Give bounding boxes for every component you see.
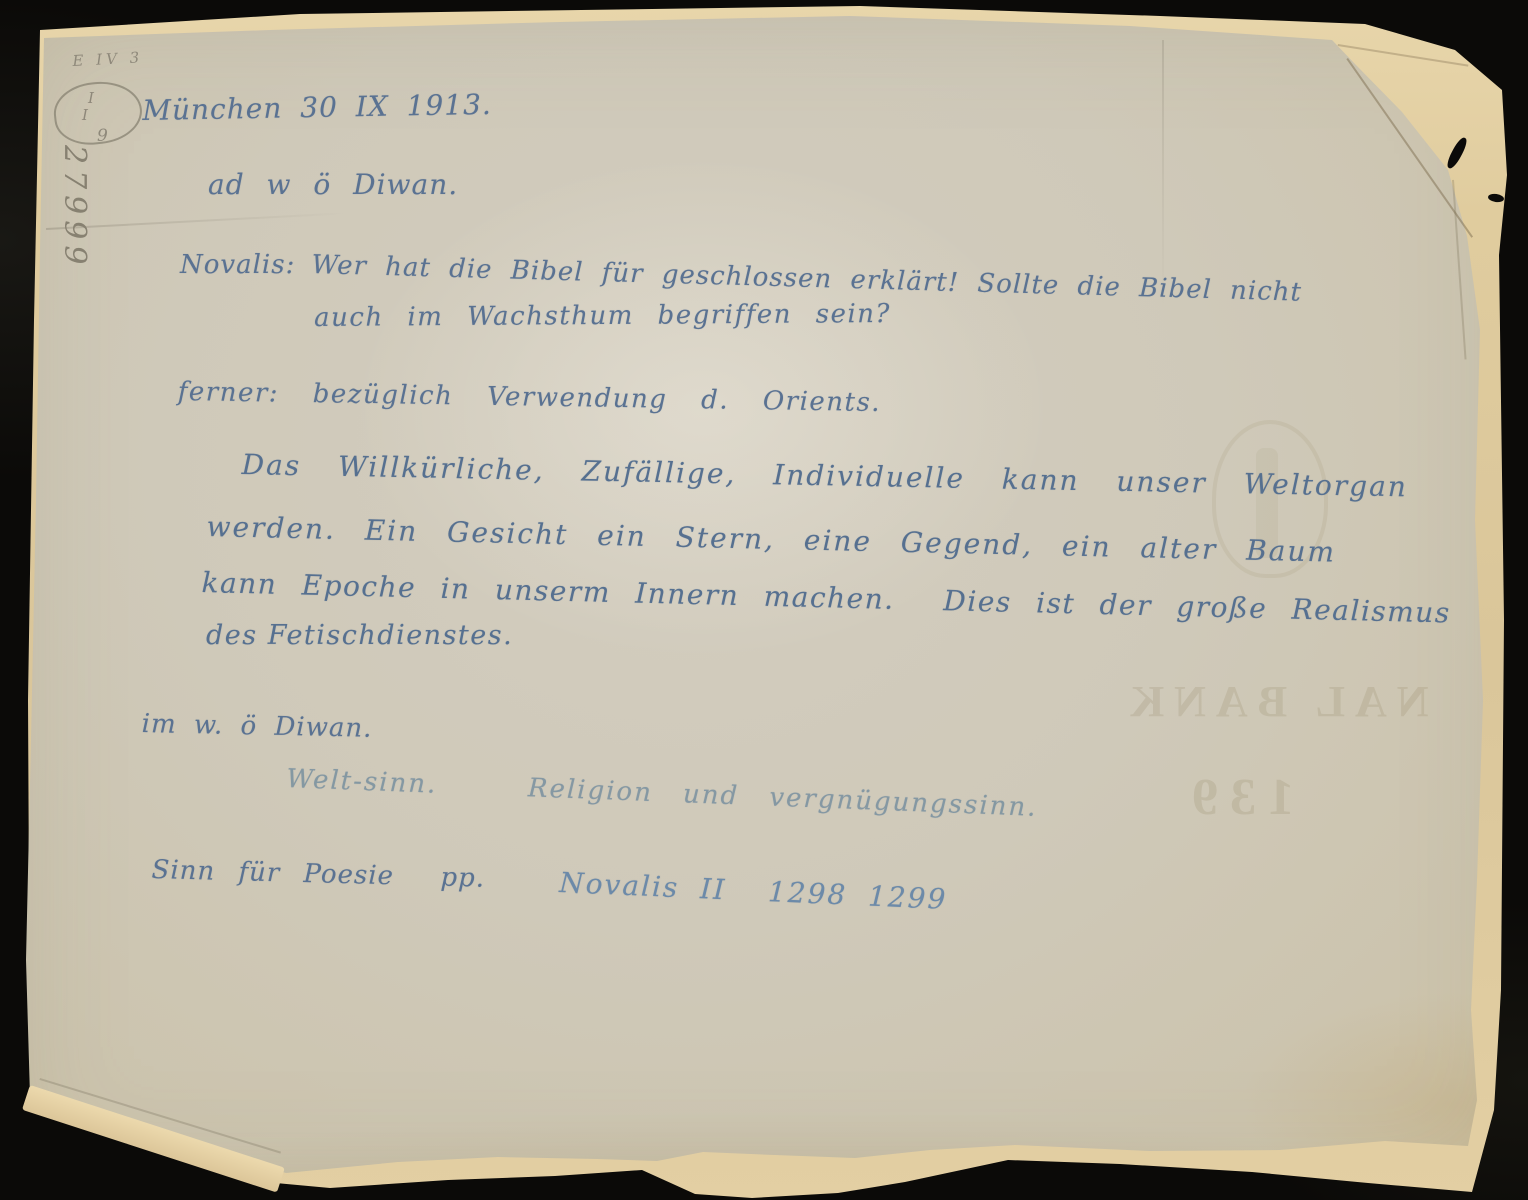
handwritten-date-line: München 30 IX 1913. bbox=[142, 88, 492, 127]
show-through-number: 139 bbox=[1180, 768, 1294, 827]
pencil-margin-accession-number: 27999 bbox=[57, 145, 92, 270]
scan-stage: NAL BANK 139 E IV 3 I I 9 27999 München … bbox=[0, 0, 1528, 1200]
pencil-circle-numeral-top: I bbox=[88, 89, 94, 107]
handwritten-novalis-label: Novalis: bbox=[180, 250, 295, 280]
handwritten-im-diwan-line: im w. ö Diwan. bbox=[141, 709, 372, 744]
paper-crease bbox=[1162, 40, 1164, 310]
pencil-circle-numeral-bottom: I bbox=[82, 106, 88, 124]
show-through-text: NAL BANK bbox=[1120, 676, 1429, 727]
handwritten-heading-ad-diwan: ad w ö Diwan. bbox=[208, 168, 458, 201]
handwritten-quote1-line2: auch im Wachsthum begriffen sein? bbox=[314, 299, 891, 333]
pencil-number-nine: 9 bbox=[97, 126, 108, 146]
handwritten-quote2-line4: des Fetischdienstes. bbox=[206, 620, 513, 651]
pencil-shelfmark: E IV 3 bbox=[72, 48, 144, 70]
